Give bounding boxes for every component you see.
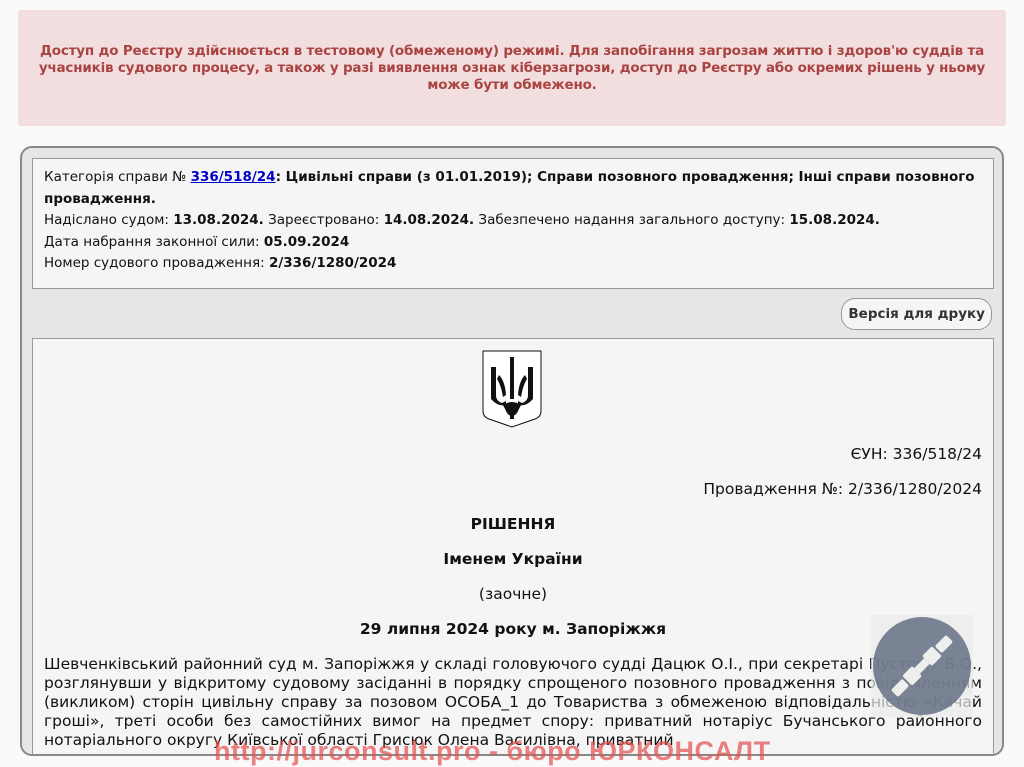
case-info-panel: Категорія справи № 336/518/24: Цивільні … — [32, 158, 994, 289]
document-title: РІШЕННЯ — [33, 515, 993, 533]
watermark-icon-box — [871, 615, 973, 717]
document-proceeding-number: Провадження №: 2/336/1280/2024 — [703, 480, 982, 498]
decision-container: Категорія справи № 336/518/24: Цивільні … — [20, 146, 1004, 756]
case-category: Категорія справи № 336/518/24: Цивільні … — [44, 167, 982, 210]
watermark-text: http://jurconsult.pro - бюро ЮРКОНСАЛТ — [214, 736, 771, 767]
document-date-place: 29 липня 2024 року м. Запоріжжя — [33, 620, 993, 638]
effective-date: Дата набрання законної сили: 05.09.2024 — [44, 232, 982, 254]
decision-document: ЄУН: 336/518/24 Провадження №: 2/336/128… — [32, 338, 994, 756]
case-unique-number: ЄУН: 336/518/24 — [851, 445, 982, 463]
case-number-link[interactable]: 336/518/24 — [191, 169, 276, 185]
satellite-icon — [871, 615, 973, 717]
case-dates: Надіслано судом: 13.08.2024. Зареєстрова… — [44, 210, 982, 232]
print-version-button[interactable]: Версія для друку — [841, 298, 992, 330]
notice-text: Доступ до Реєстру здійснюється в тестово… — [34, 43, 990, 94]
access-notice: Доступ до Реєстру здійснюється в тестово… — [18, 10, 1006, 126]
proceeding-number: Номер судового провадження: 2/336/1280/2… — [44, 253, 982, 275]
document-type: (заочне) — [33, 585, 993, 603]
trident-coat-of-arms-icon — [481, 349, 543, 429]
document-subtitle: Іменем України — [33, 550, 993, 568]
